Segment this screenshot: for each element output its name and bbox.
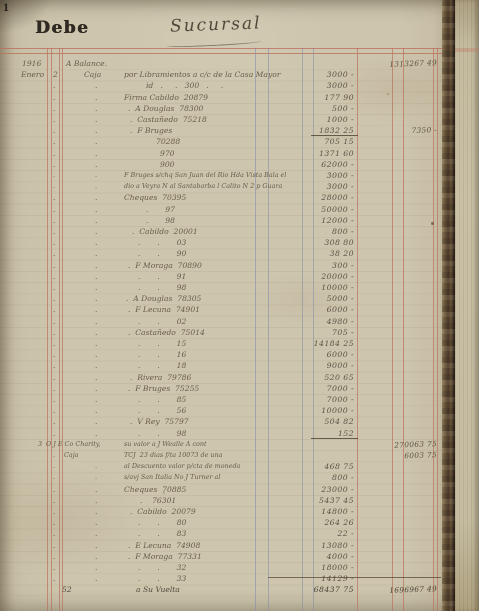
paper-speck xyxy=(163,492,165,494)
ledger-row: ..90062000 - xyxy=(0,159,443,170)
row-amount: 38 20 xyxy=(296,248,354,259)
ledger-row: 1916A Balance.1313267 49 xyxy=(0,58,443,69)
ledger-row: ... F Bruges1832 257350 - xyxy=(0,125,443,136)
row-account: . xyxy=(95,248,97,259)
row-day: . xyxy=(53,316,55,327)
row-day: . xyxy=(53,338,55,349)
ledger-rows: 1916A Balance.1313267 49Enero2Cajapor Li… xyxy=(0,58,443,598)
row-detail: . A Douglas 78300 xyxy=(128,103,203,114)
row-account: . xyxy=(95,405,97,416)
row-amount: 6000 - xyxy=(296,349,354,360)
row-day: . xyxy=(53,125,55,136)
row-balance: 1313267 49 xyxy=(388,57,437,70)
ledger-row: ... . 98152 xyxy=(0,428,443,439)
row-detail: . F Bruges 75255 xyxy=(128,383,199,394)
row-day: . xyxy=(53,271,55,282)
ledger-row: ... Castañedo 752181000 - xyxy=(0,114,443,125)
row-balance: 7350 - xyxy=(388,124,437,137)
ledger-row: ... 763015437 45 xyxy=(0,495,443,506)
row-day: . xyxy=(53,394,55,405)
row-account: . xyxy=(95,495,97,506)
row-day: . xyxy=(53,170,55,181)
row-day: . xyxy=(53,293,55,304)
ledger-row: ..s/avj San Italia No J Turner al800 - xyxy=(0,472,443,483)
row-day: . xyxy=(53,159,55,170)
row-account: . xyxy=(95,304,97,315)
row-date: 3 xyxy=(38,439,42,450)
ledger-row: ... F Bruges 752557000 - xyxy=(0,383,443,394)
row-account: . xyxy=(95,562,97,573)
row-balance: 6003 75 xyxy=(388,449,437,462)
row-account: . xyxy=(95,338,97,349)
row-detail: F Bruges s/chq San Juan del Rio Hda Vist… xyxy=(124,170,286,181)
row-day: . xyxy=(53,103,55,114)
row-account: . xyxy=(95,349,97,360)
row-detail: . V Rey 75797 xyxy=(130,416,189,427)
row-account: . xyxy=(95,540,97,551)
row-day: . xyxy=(53,528,55,539)
row-day: . xyxy=(53,327,55,338)
row-day: . xyxy=(53,349,55,360)
page-title-sucursal: Sucursal xyxy=(170,13,262,36)
row-detail: 70288 xyxy=(156,136,180,147)
row-amount: 68437 75 xyxy=(296,584,354,595)
row-day: . xyxy=(53,226,55,237)
row-account: Caja xyxy=(84,69,101,80)
row-account: . xyxy=(95,506,97,517)
row-detail: . . 15 xyxy=(138,338,186,349)
row-amount: 13080 - xyxy=(296,540,354,551)
row-detail: . Cabildo 20001 xyxy=(132,226,198,237)
ledger-row: ... F Moraga 773314000 - xyxy=(0,551,443,562)
row-account: A Balance. xyxy=(66,58,107,69)
row-amount: 18000 - xyxy=(296,562,354,573)
row-account: . xyxy=(95,114,97,125)
row-day: . xyxy=(53,192,55,203)
row-detail: su valor a J Wealle A cont xyxy=(124,439,207,450)
row-day: . xyxy=(53,215,55,226)
row-amount: 300 - xyxy=(296,260,354,271)
row-detail: Cheques 70395 xyxy=(124,192,186,203)
row-account: . xyxy=(95,517,97,528)
row-account: . xyxy=(95,80,97,91)
row-amount: 800 - xyxy=(296,472,354,483)
row-amount: 468 75 xyxy=(296,461,354,472)
row-detail: a Su Vuelta xyxy=(136,584,180,595)
totals-sum-line xyxy=(268,577,441,578)
row-detail: . . 32 xyxy=(138,562,186,573)
row-day: . xyxy=(53,260,55,271)
row-account: . xyxy=(95,484,97,495)
row-amount: 14129 - xyxy=(296,573,354,584)
ledger-row: ... Cabildo 20001800 - xyxy=(0,226,443,237)
row-day: . xyxy=(53,428,55,439)
page-edges-red-rule-mark xyxy=(455,48,479,52)
row-day: . xyxy=(53,248,55,259)
row-amount: 3000 - xyxy=(296,80,354,91)
row-amount: 5000 - xyxy=(296,293,354,304)
row-account: . xyxy=(95,226,97,237)
row-amount: 12000 - xyxy=(296,215,354,226)
ledger-row: ... . 1514184 25 xyxy=(0,338,443,349)
row-day: . xyxy=(53,405,55,416)
ledger-row: ... . 189000 - xyxy=(0,360,443,371)
row-amount: 4980 - xyxy=(296,316,354,327)
row-amount: 3000 - xyxy=(296,170,354,181)
row-account: Caja xyxy=(64,450,79,461)
book-binding-strip xyxy=(442,0,455,611)
ink-speck xyxy=(431,222,434,225)
ledger-row: ... F Lecuna 749016000 - xyxy=(0,304,443,315)
row-detail: . 98 xyxy=(146,215,175,226)
row-day: . xyxy=(53,383,55,394)
row-day: . xyxy=(53,495,55,506)
row-account: . xyxy=(95,394,97,405)
ledger-row: ..Cheques 7088523000 - xyxy=(0,484,443,495)
ledger-row: ..70288705 15 xyxy=(0,136,443,147)
row-detail: . . 33 xyxy=(138,573,186,584)
row-detail: . F Moraga 77331 xyxy=(128,551,202,562)
row-account: . xyxy=(95,472,97,483)
row-account: . xyxy=(95,159,97,170)
ledger-row: 3O J E Co Charity,su valor a J Wealle A … xyxy=(0,439,443,450)
row-account: . xyxy=(95,215,97,226)
ledger-row: ... Rivera 79786520 65 xyxy=(0,372,443,383)
row-day: . xyxy=(53,181,55,192)
row-account: . xyxy=(95,316,97,327)
row-detail: . 76301 xyxy=(140,495,176,506)
ledger-row: .CajaTCJ 23 dias f/ta 10073 de una6003 7… xyxy=(0,450,443,461)
row-day: . xyxy=(53,506,55,517)
row-day: . xyxy=(53,360,55,371)
row-detail: TCJ 23 dias f/ta 10073 de una xyxy=(124,450,222,461)
row-account: . xyxy=(95,461,97,472)
row-day: . xyxy=(53,484,55,495)
row-account: . xyxy=(95,181,97,192)
row-amount: 28000 - xyxy=(296,192,354,203)
row-day: . xyxy=(53,92,55,103)
row-account: . xyxy=(95,282,97,293)
row-detail: . . 90 xyxy=(138,248,186,259)
row-day: . xyxy=(53,136,55,147)
header-rule-top xyxy=(0,48,443,49)
row-detail: . . 98 xyxy=(138,428,186,439)
row-amount: 705 15 xyxy=(296,136,354,147)
row-amount: 7000 - xyxy=(296,383,354,394)
row-amount: 50000 - xyxy=(296,204,354,215)
row-detail: . . 03 xyxy=(138,237,186,248)
page-title-debe: Debe xyxy=(35,18,89,38)
row-detail: . Rivera 79786 xyxy=(130,372,191,383)
ledger-row: ..Firma Cabildo 20879177 90 xyxy=(0,92,443,103)
row-amount: 3000 - xyxy=(296,69,354,80)
row-amount: 3000 - xyxy=(296,181,354,192)
row-balance: 1696967 49 xyxy=(388,584,437,597)
row-day: . xyxy=(53,472,55,483)
row-amount: 800 - xyxy=(296,226,354,237)
row-day: . xyxy=(53,562,55,573)
row-account: . xyxy=(95,148,97,159)
row-amount: 22 - xyxy=(296,528,354,539)
row-detail: . . 83 xyxy=(138,528,186,539)
row-detail: . Castañedo 75014 xyxy=(128,327,205,338)
row-account: . xyxy=(95,551,97,562)
row-account: . xyxy=(95,372,97,383)
ledger-row: ... . 9038 20 xyxy=(0,248,443,259)
row-amount: 14800 - xyxy=(296,506,354,517)
ledger-row: ... A Douglas 78300500 - xyxy=(0,103,443,114)
row-day: . xyxy=(53,304,55,315)
row-account: . xyxy=(95,293,97,304)
row-amount: 23000 - xyxy=(296,484,354,495)
ledger-row: ..Cheques 7039528000 - xyxy=(0,192,443,203)
ledger-row: ..al Descuento valor p/cta de moneda468 … xyxy=(0,461,443,472)
row-day: . xyxy=(53,517,55,528)
row-amount: 1371 60 xyxy=(296,148,354,159)
row-detail: . E Lecuna 74908 xyxy=(128,540,200,551)
row-detail: . . 16 xyxy=(138,349,186,360)
ledger-row: ... . 5610000 - xyxy=(0,405,443,416)
row-detail: . F Moraga 70890 xyxy=(128,260,202,271)
row-amount: 504 82 xyxy=(296,416,354,427)
row-day: . xyxy=(53,573,55,584)
row-amount: 520 65 xyxy=(296,372,354,383)
row-detail: . . 91 xyxy=(138,271,186,282)
row-detail: id . . 300 . . xyxy=(146,80,223,91)
ledger-row: ..dio a Veyra N al Santabarba l Calito N… xyxy=(0,181,443,192)
ledger-page-scan: 1 Debe Sucursal 1916A Balance.1313267 49… xyxy=(0,0,479,611)
row-day: . xyxy=(53,551,55,562)
ledger-row: ... . 3218000 - xyxy=(0,562,443,573)
row-account: . xyxy=(95,92,97,103)
row-account: . xyxy=(95,327,97,338)
ledger-row: ... . 857000 - xyxy=(0,394,443,405)
row-detail: Cheques 70885 xyxy=(124,484,186,495)
ledger-row: ... . 80264 26 xyxy=(0,517,443,528)
ledger-row: ..9701371 60 xyxy=(0,148,443,159)
row-account: . xyxy=(95,125,97,136)
paper-speck xyxy=(387,93,389,95)
row-account: . xyxy=(95,573,97,584)
row-amount: 308 80 xyxy=(296,237,354,248)
row-detail: 970 xyxy=(160,148,175,159)
ledger-row: Enero2Cajapor Libramientos a c/c de la C… xyxy=(0,69,443,80)
row-amount: 6000 - xyxy=(296,304,354,315)
ledger-row: ... . 03308 80 xyxy=(0,237,443,248)
ledger-row: ... . 024980 - xyxy=(0,316,443,327)
ledger-row: ... . 9810000 - xyxy=(0,282,443,293)
ledger-row: ... . 9120000 - xyxy=(0,271,443,282)
ledger-row: ... V Rey 75797504 82 xyxy=(0,416,443,427)
row-date: 1916 xyxy=(22,58,41,69)
row-account: . xyxy=(95,271,97,282)
row-detail: s/avj San Italia No J Turner al xyxy=(124,472,220,483)
ledger-row: ... E Lecuna 7490813080 - xyxy=(0,540,443,551)
row-day: . xyxy=(53,148,55,159)
row-detail: . Castañedo 75218 xyxy=(130,114,207,125)
row-date: Enero xyxy=(21,69,44,80)
row-day: . xyxy=(53,204,55,215)
row-day: . xyxy=(53,114,55,125)
ledger-row: ... 9812000 - xyxy=(0,215,443,226)
row-detail: . F Bruges xyxy=(130,125,172,136)
row-account: . xyxy=(95,260,97,271)
ledger-row: ... Castañedo 75014705 - xyxy=(0,327,443,338)
ledger-row: ... 9750000 - xyxy=(0,204,443,215)
row-amount: 1000 - xyxy=(296,114,354,125)
row-amount: 20000 - xyxy=(296,271,354,282)
ledger-row: ... . 166000 - xyxy=(0,349,443,360)
row-day: . xyxy=(53,237,55,248)
row-detail: . F Lecuna 74901 xyxy=(128,304,200,315)
ledger-row: ..F Bruges s/chq San Juan del Rio Hda Vi… xyxy=(0,170,443,181)
row-detail: dio a Veyra N al Santabarba l Calito N 2… xyxy=(124,181,282,192)
row-day: 2 xyxy=(53,69,58,80)
row-account: 52 xyxy=(62,584,72,595)
row-detail: Firma Cabildo 20879 xyxy=(124,92,208,103)
row-amount: 264 26 xyxy=(296,517,354,528)
row-amount: 62000 - xyxy=(296,159,354,170)
row-detail: por Libramientos a c/c de la Casa Mayor xyxy=(124,69,280,80)
ledger-row: ... . 8322 - xyxy=(0,528,443,539)
row-account: O J E Co Charity, xyxy=(46,439,101,450)
row-amount: 705 - xyxy=(296,327,354,338)
row-amount: 10000 - xyxy=(296,405,354,416)
ledger-totals-row: 52a Su Vuelta68437 751696967 49 xyxy=(0,584,443,595)
row-detail: . . 98 xyxy=(138,282,186,293)
row-amount: 500 - xyxy=(296,103,354,114)
row-day: . xyxy=(53,372,55,383)
ledger-row: ... . 3314129 - xyxy=(0,573,443,584)
row-day: . xyxy=(53,461,55,472)
row-day: . xyxy=(53,80,55,91)
row-detail: al Descuento valor p/cta de moneda xyxy=(124,461,240,472)
row-detail: . Cabildo 20079 xyxy=(130,506,196,517)
row-day: . xyxy=(53,540,55,551)
ledger-row: ... Cabildo 2007914800 - xyxy=(0,506,443,517)
ledger-row: ... F Moraga 70890300 - xyxy=(0,260,443,271)
row-account: . xyxy=(95,204,97,215)
row-amount: 7000 - xyxy=(296,394,354,405)
page-edges xyxy=(455,0,479,611)
row-amount: 5437 45 xyxy=(296,495,354,506)
row-detail: . . 02 xyxy=(138,316,186,327)
row-account: . xyxy=(95,416,97,427)
row-amount: 10000 - xyxy=(296,282,354,293)
row-day: . xyxy=(53,450,55,461)
row-amount: 4000 - xyxy=(296,551,354,562)
row-account: . xyxy=(95,170,97,181)
page-number: 1 xyxy=(3,0,9,15)
row-account: . xyxy=(95,136,97,147)
row-detail: . 97 xyxy=(146,204,175,215)
header-rule-bottom xyxy=(0,53,443,54)
row-account: . xyxy=(95,360,97,371)
row-detail: . . 56 xyxy=(138,405,186,416)
row-detail: . . 85 xyxy=(138,394,186,405)
row-day: . xyxy=(53,282,55,293)
row-detail: . A Douglas 78305 xyxy=(126,293,201,304)
row-amount: 9000 - xyxy=(296,360,354,371)
row-amount: 14184 25 xyxy=(296,338,354,349)
ledger-row: ... A Douglas 783055000 - xyxy=(0,293,443,304)
row-account: . xyxy=(95,103,97,114)
row-day: . xyxy=(53,416,55,427)
row-account: . xyxy=(95,383,97,394)
row-detail: . . 18 xyxy=(138,360,186,371)
row-account: . xyxy=(95,237,97,248)
row-detail: 900 xyxy=(160,159,175,170)
row-account: . xyxy=(95,428,97,439)
row-account: . xyxy=(95,528,97,539)
row-detail: . . 80 xyxy=(138,517,186,528)
ledger-row: ..id . . 300 . .3000 - xyxy=(0,80,443,91)
row-amount: 177 90 xyxy=(296,92,354,103)
row-account: . xyxy=(95,192,97,203)
